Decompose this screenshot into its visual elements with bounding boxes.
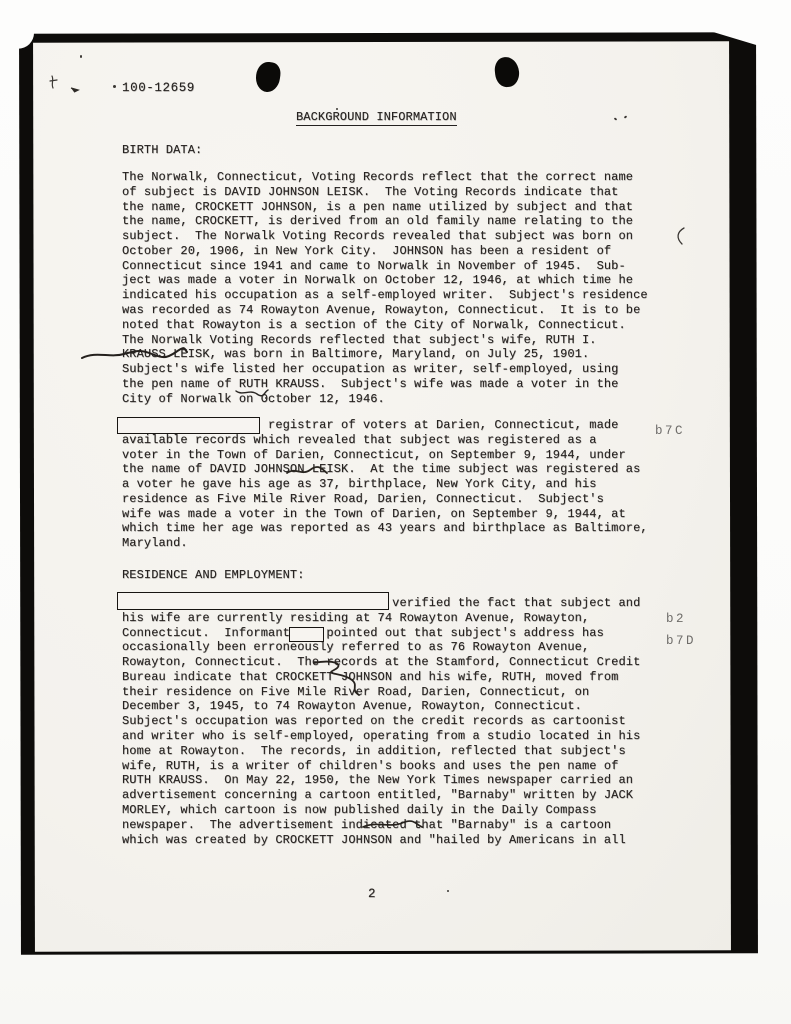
exemption-code-b2: b2 [666,612,686,626]
scan-speck [265,397,267,399]
section-heading-residence-employment: RESIDENCE AND EMPLOYMENT: [122,568,305,582]
birth-data-paragraph-1: The Norwalk, Connecticut, Voting Records… [122,170,648,407]
birth-data-paragraph-2: registrar of voters at Darien, Connectic… [122,418,648,551]
document-title: BACKGROUND INFORMATION [296,110,457,126]
scan-speck [113,85,116,88]
redaction-box-registrar-name [117,417,260,434]
scan-speck [336,108,338,110]
section-heading-birth-data: BIRTH DATA: [122,143,202,157]
exemption-code-b7d: b7D [666,634,696,648]
redaction-box-informant-symbol [289,627,324,642]
redaction-box-informant-source [117,592,389,610]
residence-paragraph-1: verified the fact that subject and his w… [122,596,640,847]
page-corner-round [18,33,34,49]
exemption-code-b7c: b7C [655,424,685,438]
file-number: 100-12659 [122,81,195,95]
page-number: 2 [368,887,376,901]
scan-speck [447,890,449,892]
scanned-document-page: 100-12659 BACKGROUND INFORMATION BIRTH D… [0,0,791,1024]
page-corner-notch [711,31,757,45]
scan-speck [80,55,82,58]
